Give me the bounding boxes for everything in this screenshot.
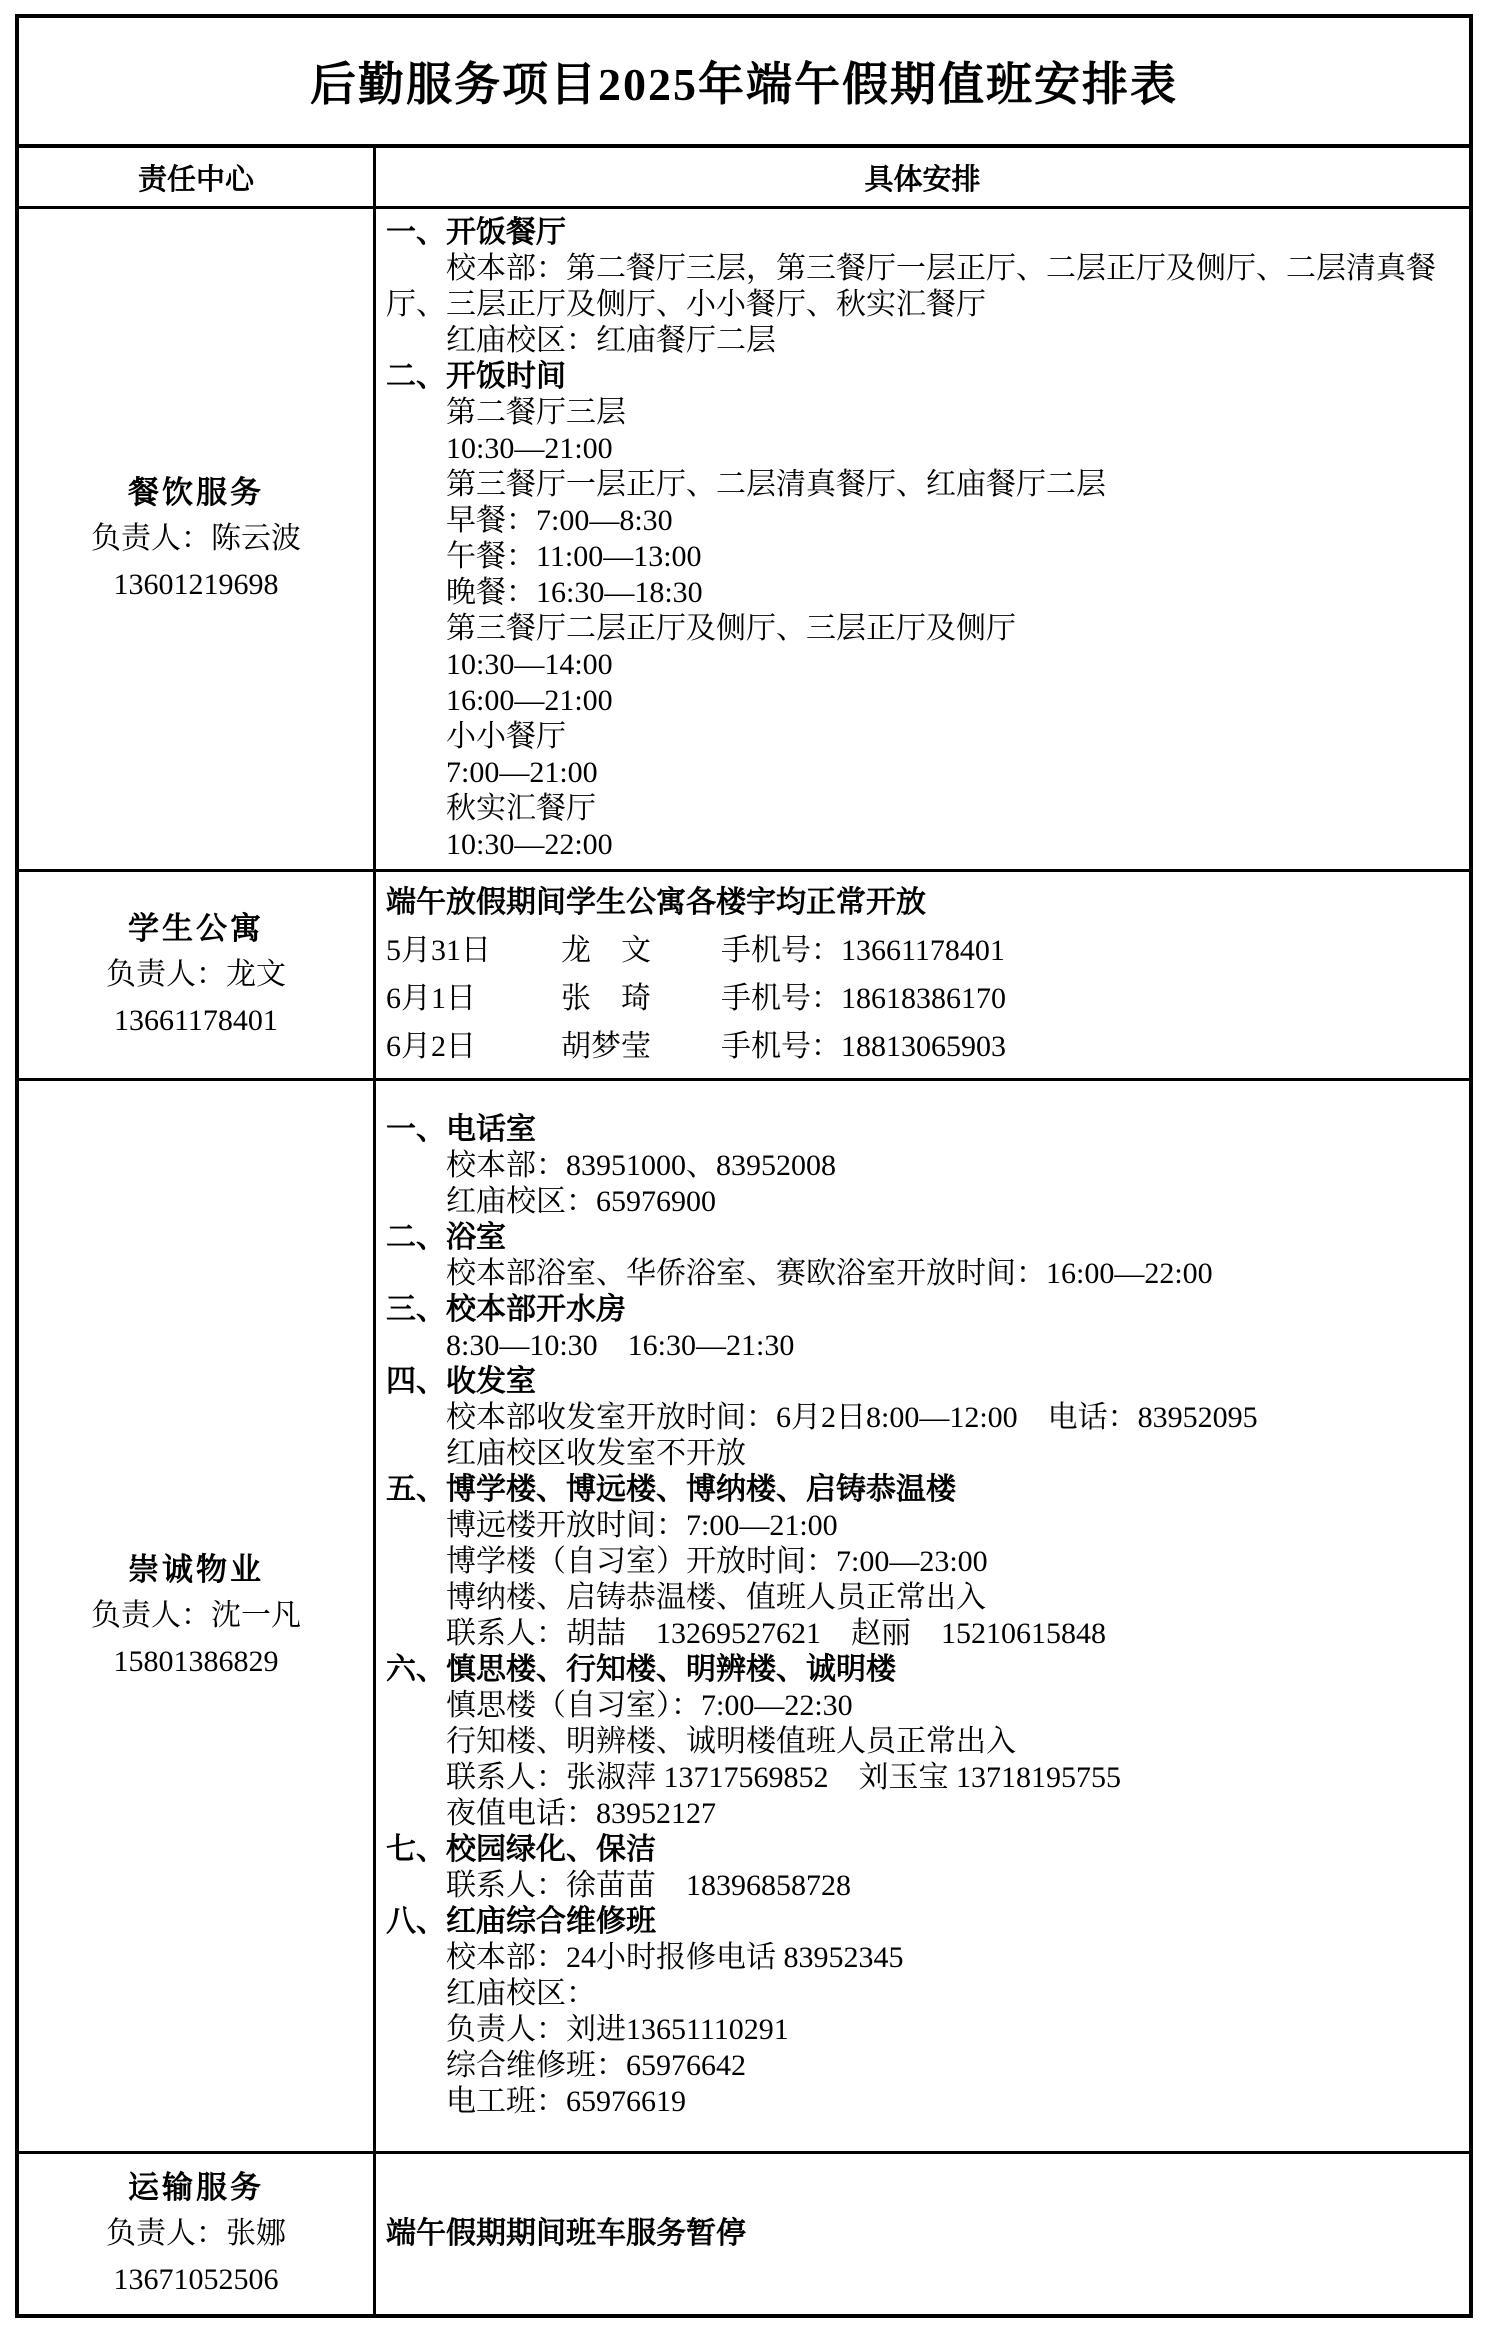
row-catering: 餐饮服务 负责人：陈云波 13601219698 一、开饭餐厅校本部：第二餐厅三… — [19, 206, 1469, 869]
content-line: 第二餐厅三层 — [386, 395, 1459, 431]
content-line: 第三餐厅一层正厅、二层清真餐厅、红庙餐厅二层 — [386, 467, 1459, 503]
content-line: 联系人：胡喆 13269527621 赵丽 15210615848 — [386, 1616, 1459, 1652]
content-line: 红庙校区收发室不开放 — [386, 1436, 1459, 1472]
content-line: 五、博学楼、博远楼、博纳楼、启铸恭温楼 — [386, 1472, 1459, 1508]
duty-roster-line: 5月31日 龙 文 手机号：13661178401 — [386, 927, 1459, 975]
content-line: 校本部：83951000、83952008 — [386, 1148, 1459, 1184]
column-header-responsibility-center: 责任中心 — [19, 148, 376, 206]
content-line: 10:30—22:00 — [386, 827, 1459, 863]
content-line: 夜值电话：83952127 — [386, 1796, 1459, 1832]
content-line: 二、浴室 — [386, 1220, 1459, 1256]
content-line: 一、电话室 — [386, 1112, 1459, 1148]
duty-phone: 手机号：18813065903 — [721, 1023, 1459, 1071]
content-line: 早餐：7:00—8:30 — [386, 503, 1459, 539]
content-line: 慎思楼（自习室）：7:00—22:30 — [386, 1688, 1459, 1724]
duty-roster-line: 6月1日 张 琦 手机号：18618386170 — [386, 975, 1459, 1023]
center-manager: 负责人：沈一凡 — [91, 1593, 301, 1639]
content-line: 10:30—14:00 — [386, 647, 1459, 683]
content-line: 联系人：徐苗苗 18396858728 — [386, 1868, 1459, 1904]
content-line: 校本部：24小时报修电话 83952345 — [386, 1940, 1459, 1976]
row-property: 崇诚物业 负责人：沈一凡 15801386829 一、电话室校本部：839510… — [19, 1078, 1469, 2151]
duty-schedule-table: 后勤服务项目2025年端午假期值班安排表 责任中心 具体安排 餐饮服务 负责人：… — [15, 14, 1473, 2318]
center-name: 运输服务 — [128, 2165, 264, 2211]
duty-phone: 手机号：18618386170 — [721, 975, 1459, 1023]
dorm-center-cell: 学生公寓 负责人：龙文 13661178401 — [19, 872, 376, 1078]
content-line: 三、校本部开水房 — [386, 1292, 1459, 1328]
table-title: 后勤服务项目2025年端午假期值班安排表 — [19, 18, 1469, 144]
content-line: 红庙校区： — [386, 1976, 1459, 2012]
center-phone: 13671052506 — [114, 2257, 279, 2303]
duty-roster-line: 6月2日 胡梦莹 手机号：18813065903 — [386, 1023, 1459, 1071]
center-manager: 负责人：龙文 — [106, 952, 286, 998]
dorm-arrangement-cell: 端午放假期间学生公寓各楼宇均正常开放 5月31日 龙 文 手机号：1366117… — [376, 872, 1469, 1078]
content-line: 二、开饭时间 — [386, 359, 1459, 395]
duty-person: 龙 文 — [561, 927, 721, 975]
transport-center-cell: 运输服务 负责人：张娜 13671052506 — [19, 2154, 376, 2314]
content-line: 校本部收发室开放时间：6月2日8:00—12:00 电话：83952095 — [386, 1400, 1459, 1436]
transport-arrangement-cell: 端午假期期间班车服务暂停 — [376, 2154, 1469, 2314]
content-line: 7:00—21:00 — [386, 755, 1459, 791]
duty-schedule-page: { "title": "后勤服务项目2025年端午假期值班安排表", "head… — [0, 0, 1486, 2352]
duty-person: 张 琦 — [561, 975, 721, 1023]
content-line: 行知楼、明辨楼、诚明楼值班人员正常出入 — [386, 1724, 1459, 1760]
center-manager: 负责人：陈云波 — [91, 516, 301, 562]
content-line: 8:30—10:30 16:30—21:30 — [386, 1328, 1459, 1364]
content-line: 综合维修班：65976642 — [386, 2048, 1459, 2084]
content-line: 秋实汇餐厅 — [386, 791, 1459, 827]
content-line: 小小餐厅 — [386, 719, 1459, 755]
content-line: 校本部浴室、华侨浴室、赛欧浴室开放时间：16:00—22:00 — [386, 1256, 1459, 1292]
content-line: 博远楼开放时间：7:00—21:00 — [386, 1508, 1459, 1544]
content-line: 校本部：第二餐厅三层，第三餐厅一层正厅、二层正厅及侧厅、二层清真餐厅、三层正厅及… — [386, 251, 1459, 323]
content-line: 午餐：11:00—13:00 — [386, 539, 1459, 575]
content-line: 六、慎思楼、行知楼、明辨楼、诚明楼 — [386, 1652, 1459, 1688]
duty-date: 6月1日 — [386, 975, 561, 1023]
row-dorm: 学生公寓 负责人：龙文 13661178401 端午放假期间学生公寓各楼宇均正常… — [19, 869, 1469, 1078]
dorm-notice: 端午放假期间学生公寓各楼宇均正常开放 — [386, 879, 1459, 927]
duty-person: 胡梦莹 — [561, 1023, 721, 1071]
center-phone: 13661178401 — [114, 998, 278, 1044]
property-arrangement-cell: 一、电话室校本部：83951000、83952008红庙校区：65976900二… — [376, 1081, 1469, 2151]
content-line: 四、收发室 — [386, 1364, 1459, 1400]
duty-phone: 手机号：13661178401 — [721, 927, 1459, 975]
center-phone: 13601219698 — [114, 562, 279, 608]
content-line: 博学楼（自习室）开放时间：7:00—23:00 — [386, 1544, 1459, 1580]
row-transport: 运输服务 负责人：张娜 13671052506 端午假期期间班车服务暂停 — [19, 2151, 1469, 2314]
center-name: 餐饮服务 — [128, 470, 264, 516]
property-center-cell: 崇诚物业 负责人：沈一凡 15801386829 — [19, 1081, 376, 2151]
transport-notice: 端午假期期间班车服务暂停 — [386, 2216, 1459, 2252]
center-name: 学生公寓 — [128, 906, 264, 952]
content-line: 博纳楼、启铸恭温楼、值班人员正常出入 — [386, 1580, 1459, 1616]
table-header-row: 责任中心 具体安排 — [19, 144, 1469, 206]
content-line: 红庙校区：红庙餐厅二层 — [386, 323, 1459, 359]
content-line: 红庙校区：65976900 — [386, 1184, 1459, 1220]
content-line: 第三餐厅二层正厅及侧厅、三层正厅及侧厅 — [386, 611, 1459, 647]
content-line: 七、校园绿化、保洁 — [386, 1832, 1459, 1868]
center-phone: 15801386829 — [114, 1639, 279, 1685]
content-line: 10:30—21:00 — [386, 431, 1459, 467]
content-line: 负责人：刘进13651110291 — [386, 2012, 1459, 2048]
content-line: 晚餐：16:30—18:30 — [386, 575, 1459, 611]
content-line: 一、开饭餐厅 — [386, 215, 1459, 251]
catering-center-cell: 餐饮服务 负责人：陈云波 13601219698 — [19, 209, 376, 869]
content-line: 八、红庙综合维修班 — [386, 1904, 1459, 1940]
center-manager: 负责人：张娜 — [106, 2211, 286, 2257]
content-line: 16:00—21:00 — [386, 683, 1459, 719]
catering-arrangement-cell: 一、开饭餐厅校本部：第二餐厅三层，第三餐厅一层正厅、二层正厅及侧厅、二层清真餐厅… — [376, 209, 1469, 869]
duty-date: 5月31日 — [386, 927, 561, 975]
duty-date: 6月2日 — [386, 1023, 561, 1071]
center-name: 崇诚物业 — [128, 1547, 264, 1593]
column-header-arrangements: 具体安排 — [376, 148, 1469, 206]
content-line: 电工班：65976619 — [386, 2084, 1459, 2120]
content-line: 联系人：张淑萍 13717569852 刘玉宝 13718195755 — [386, 1760, 1459, 1796]
